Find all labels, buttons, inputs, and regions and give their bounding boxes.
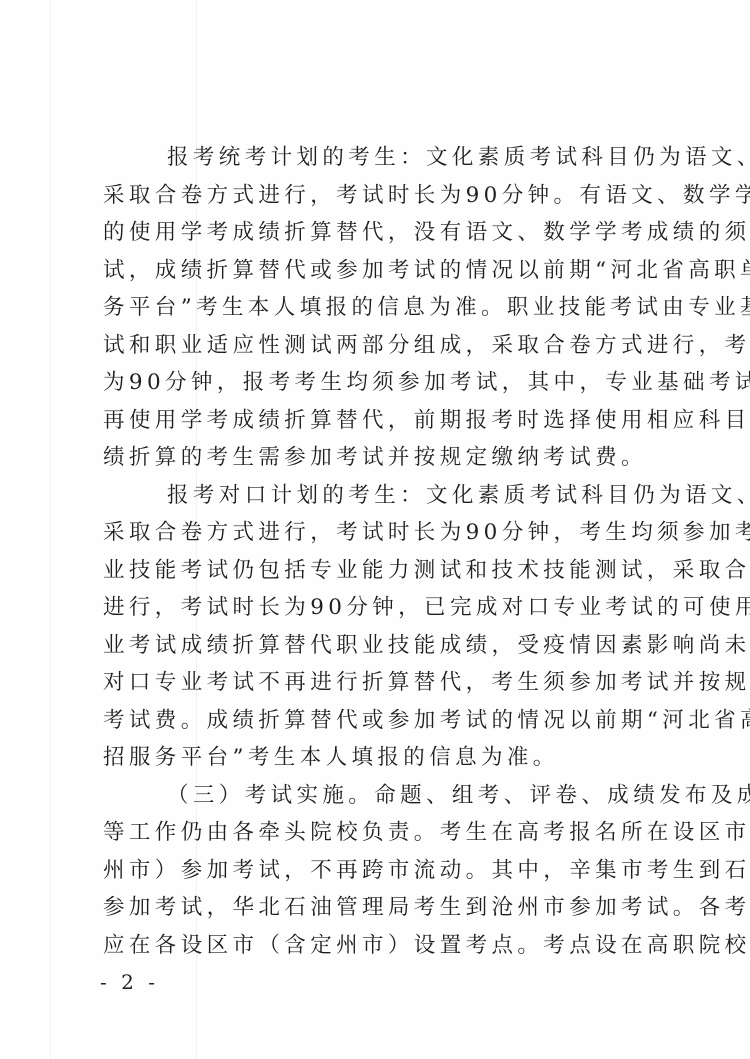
text-line: 等工作仍由各牵头院校负责。考生在高考报名所在设区市（含定 bbox=[103, 814, 651, 852]
section-heading-line: （三）考试实施。命题、组考、评卷、成绩发布及成绩复核 bbox=[103, 777, 651, 815]
text-line: 进行，考试时长为90分钟，已完成对口专业考试的可使用对口专 bbox=[103, 589, 651, 627]
text-line: 参加考试，华北石油管理局考生到沧州市参加考试。各考试类均 bbox=[103, 889, 651, 927]
page-number: - 2 - bbox=[100, 970, 159, 994]
paragraph-exam-implementation: （三）考试实施。命题、组考、评卷、成绩发布及成绩复核 等工作仍由各牵头院校负责。… bbox=[103, 777, 651, 965]
text-line: 采取合卷方式进行，考试时长为90分钟，考生均须参加考试；职 bbox=[103, 514, 651, 552]
scan-edge-left bbox=[50, 0, 51, 1059]
text-line: 应在各设区市（含定州市）设置考点。考点设在高职院校，由各 bbox=[103, 927, 651, 965]
document-page: 报考统考计划的考生：文化素质考试科目仍为语文、数学， 采取合卷方式进行，考试时长… bbox=[0, 0, 750, 1059]
text-line: 业技能考试仍包括专业能力测试和技术技能测试，采取合卷方式 bbox=[103, 552, 651, 590]
text-line: 报考对口计划的考生：文化素质考试科目仍为语文、数学， bbox=[103, 477, 651, 515]
text-line: 招服务平台”考生本人填报的信息为准。 bbox=[103, 739, 651, 777]
text-line: 的使用学考成绩折算替代，没有语文、数学学考成绩的须参加考 bbox=[103, 214, 651, 252]
text-line: 务平台”考生本人填报的信息为准。职业技能考试由专业基础考 bbox=[103, 289, 651, 327]
text-line: 州市）参加考试，不再跨市流动。其中，辛集市考生到石家庄市 bbox=[103, 852, 651, 890]
text-line: 绩折算的考生需参加考试并按规定缴纳考试费。 bbox=[103, 439, 651, 477]
text-line: 考试费。成绩折算替代或参加考试的情况以前期“河北省高职单 bbox=[103, 702, 651, 740]
text-line: 采取合卷方式进行，考试时长为90分钟。有语文、数学学考成绩 bbox=[103, 177, 651, 215]
paragraph-unified-plan: 报考统考计划的考生：文化素质考试科目仍为语文、数学， 采取合卷方式进行，考试时长… bbox=[103, 139, 651, 477]
text-line: 对口专业考试不再进行折算替代，考生须参加考试并按规定缴纳 bbox=[103, 664, 651, 702]
text-line: 为90分钟，报考考生均须参加考试，其中，专业基础考试部分不 bbox=[103, 364, 651, 402]
paragraph-counterpart-plan: 报考对口计划的考生：文化素质考试科目仍为语文、数学， 采取合卷方式进行，考试时长… bbox=[103, 477, 651, 777]
document-body: 报考统考计划的考生：文化素质考试科目仍为语文、数学， 采取合卷方式进行，考试时长… bbox=[103, 139, 651, 964]
text-line: 业考试成绩折算替代职业技能成绩，受疫情因素影响尚未举行的 bbox=[103, 627, 651, 665]
text-line: 再使用学考成绩折算替代，前期报考时选择使用相应科目学考成 bbox=[103, 402, 651, 440]
text-line: 试和职业适应性测试两部分组成，采取合卷方式进行，考试时长 bbox=[103, 327, 651, 365]
text-line: 报考统考计划的考生：文化素质考试科目仍为语文、数学， bbox=[103, 139, 651, 177]
text-line: 试，成绩折算替代或参加考试的情况以前期“河北省高职单招服 bbox=[103, 252, 651, 290]
